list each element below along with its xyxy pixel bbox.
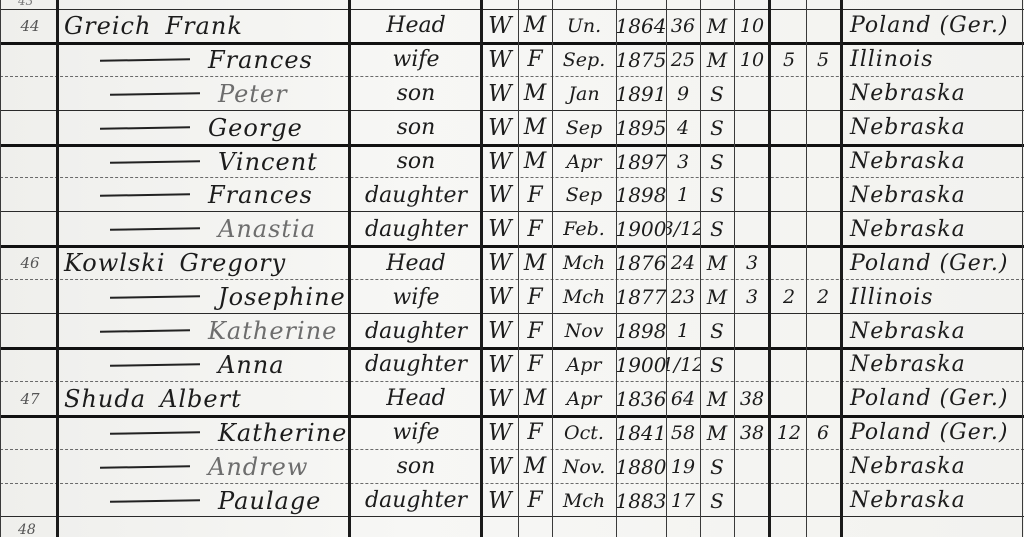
person-name: Andrew bbox=[60, 451, 385, 483]
years-married: 38 bbox=[734, 383, 770, 415]
sex: F bbox=[518, 315, 552, 347]
dwelling-number bbox=[2, 112, 58, 144]
birth-month: Nov bbox=[552, 315, 616, 347]
dwelling-number: 47 bbox=[2, 383, 58, 415]
ditto-dash bbox=[110, 499, 200, 503]
given-name: Frances bbox=[208, 181, 313, 209]
color-race: W bbox=[482, 383, 518, 415]
years-married bbox=[734, 78, 770, 110]
surname: Kowlski bbox=[64, 249, 166, 277]
marital-status: M bbox=[700, 247, 734, 279]
children-born bbox=[772, 112, 806, 144]
children-born: 5 bbox=[772, 44, 806, 76]
birth-year: 1900 bbox=[616, 349, 666, 381]
years-married bbox=[734, 213, 770, 245]
column-divider bbox=[768, 0, 771, 537]
birthplace: Nebraska bbox=[846, 451, 1024, 483]
given-name: Anna bbox=[218, 351, 285, 379]
birth-year: 1900 bbox=[616, 213, 666, 245]
surname: Shuda bbox=[64, 385, 146, 413]
sex: M bbox=[518, 383, 552, 415]
color-race: W bbox=[482, 10, 518, 42]
years-married bbox=[734, 451, 770, 483]
children-living bbox=[806, 383, 840, 415]
table-row: daughterWFNov18981SNebraskaKatherine bbox=[0, 315, 1024, 350]
marital-status: S bbox=[700, 485, 734, 517]
color-race: W bbox=[482, 451, 518, 483]
birth-year: 1883 bbox=[616, 485, 666, 517]
birth-year: 1895 bbox=[616, 112, 666, 144]
years-married: 3 bbox=[734, 281, 770, 313]
birth-month: Oct. bbox=[552, 417, 616, 449]
person-name: GreichFrank bbox=[60, 10, 349, 42]
column-divider bbox=[480, 0, 483, 537]
dwelling-number bbox=[2, 485, 58, 517]
marital-status: S bbox=[700, 213, 734, 245]
birthplace: Poland (Ger.) bbox=[846, 383, 1024, 415]
children-born bbox=[772, 247, 806, 279]
birth-month: Sep bbox=[552, 180, 616, 212]
birthplace: Illinois bbox=[846, 281, 1024, 313]
table-row: sonWMSep18954SNebraskaGeorge bbox=[0, 112, 1024, 147]
person-name: Katherine bbox=[60, 417, 395, 449]
years-married: 10 bbox=[734, 44, 770, 76]
person-name: Anna bbox=[60, 349, 395, 381]
birthplace: Poland (Ger.) bbox=[846, 247, 1024, 279]
children-living: 6 bbox=[806, 417, 840, 449]
dwelling-number bbox=[2, 417, 58, 449]
marital-status: S bbox=[700, 315, 734, 347]
marital-status: M bbox=[700, 417, 734, 449]
birth-year: 1841 bbox=[616, 417, 666, 449]
ditto-dash bbox=[100, 465, 190, 469]
given-name: Vincent bbox=[218, 148, 318, 176]
birthplace: Nebraska bbox=[846, 485, 1024, 517]
children-living bbox=[806, 146, 840, 178]
dwelling-number: 48 bbox=[18, 522, 36, 537]
birth-year: 1880 bbox=[616, 451, 666, 483]
column-divider bbox=[56, 0, 59, 537]
marital-status: S bbox=[700, 451, 734, 483]
dwelling-number: 43 bbox=[18, 0, 33, 8]
table-row: daughterWFFeb.19003/12SNebraskaAnastia bbox=[0, 213, 1024, 248]
table-row: 44HeadWMUn.186436M10Poland (Ger.)GreichF… bbox=[0, 10, 1024, 45]
birthplace: Nebraska bbox=[846, 78, 1024, 110]
dwelling-number bbox=[2, 451, 58, 483]
ditto-dash bbox=[110, 295, 200, 299]
birthplace: Nebraska bbox=[846, 180, 1024, 212]
ditto-dash bbox=[100, 126, 190, 130]
birthplace: Poland (Ger.) bbox=[846, 417, 1024, 449]
children-living bbox=[806, 349, 840, 381]
children-born bbox=[772, 78, 806, 110]
given-name: Gregory bbox=[180, 249, 287, 277]
children-living: 5 bbox=[806, 44, 840, 76]
color-race: W bbox=[482, 247, 518, 279]
birth-year: 1864 bbox=[616, 10, 666, 42]
birth-month: Mch bbox=[552, 247, 616, 279]
given-name: Katherine bbox=[208, 317, 337, 345]
birth-month: Un. bbox=[552, 10, 616, 42]
color-race: W bbox=[482, 146, 518, 178]
color-race: W bbox=[482, 44, 518, 76]
person-name: Josephine bbox=[60, 281, 395, 313]
children-living: 2 bbox=[806, 281, 840, 313]
dwelling-number bbox=[2, 281, 58, 313]
children-living bbox=[806, 112, 840, 144]
birth-month: Jan bbox=[552, 78, 616, 110]
person-name: Katherine bbox=[60, 315, 385, 347]
table-row: 46HeadWMMch187624M3Poland (Ger.)KowlskiG… bbox=[0, 247, 1024, 280]
relation-to-head: Head bbox=[352, 383, 480, 415]
column-divider bbox=[552, 0, 553, 537]
relation-to-head: Head bbox=[352, 10, 480, 42]
birth-year: 1898 bbox=[616, 315, 666, 347]
birth-month: Mch bbox=[552, 281, 616, 313]
column-divider bbox=[806, 0, 807, 537]
dwelling-number bbox=[2, 213, 58, 245]
children-born bbox=[772, 180, 806, 212]
age: 3 bbox=[666, 146, 700, 178]
dwelling-number: 44 bbox=[2, 10, 58, 42]
children-born bbox=[772, 349, 806, 381]
age: 19 bbox=[666, 451, 700, 483]
marital-status: S bbox=[700, 78, 734, 110]
marital-status: M bbox=[700, 281, 734, 313]
column-divider bbox=[616, 0, 617, 537]
dwelling-number: 46 bbox=[2, 247, 58, 279]
age: 36 bbox=[666, 10, 700, 42]
birthplace: Nebraska bbox=[846, 112, 1024, 144]
birthplace: Illinois bbox=[846, 44, 1024, 76]
sex: F bbox=[518, 213, 552, 245]
marital-status: M bbox=[700, 383, 734, 415]
color-race: W bbox=[482, 213, 518, 245]
color-race: W bbox=[482, 112, 518, 144]
given-name: Frank bbox=[165, 12, 242, 40]
birthplace: Poland (Ger.) bbox=[846, 10, 1024, 42]
table-row: daughterWFApr19001/12SNebraskaAnna bbox=[0, 349, 1024, 382]
sex: F bbox=[518, 349, 552, 381]
sex: F bbox=[518, 417, 552, 449]
ditto-dash bbox=[100, 329, 190, 333]
sex: F bbox=[518, 281, 552, 313]
birthplace: Nebraska bbox=[846, 146, 1024, 178]
birth-month: Apr bbox=[552, 383, 616, 415]
given-name: Peter bbox=[218, 80, 288, 108]
column-divider bbox=[666, 0, 667, 537]
dwelling-number bbox=[2, 180, 58, 212]
color-race: W bbox=[482, 78, 518, 110]
sex: M bbox=[518, 112, 552, 144]
ditto-dash bbox=[100, 58, 190, 62]
table-row: sonWMApr18973SNebraskaVincent bbox=[0, 146, 1024, 179]
children-living bbox=[806, 78, 840, 110]
sex: M bbox=[518, 146, 552, 178]
given-name: Albert bbox=[160, 385, 242, 413]
table-row: wifeWFMch187723M322IllinoisJosephine bbox=[0, 281, 1024, 314]
given-name: Paulage bbox=[218, 487, 321, 515]
age: 25 bbox=[666, 44, 700, 76]
relation-to-head: Head bbox=[352, 247, 480, 279]
dwelling-number bbox=[2, 349, 58, 381]
birthplace: Nebraska bbox=[846, 213, 1024, 245]
birthplace: Nebraska bbox=[846, 349, 1024, 381]
color-race: W bbox=[482, 485, 518, 517]
sex: F bbox=[518, 180, 552, 212]
given-name: Katherine bbox=[218, 419, 347, 447]
children-living bbox=[806, 247, 840, 279]
children-born bbox=[772, 485, 806, 517]
ditto-dash bbox=[110, 431, 200, 435]
given-name: George bbox=[208, 114, 303, 142]
table-row: 47HeadWMApr183664M38Poland (Ger.)ShudaAl… bbox=[0, 383, 1024, 418]
children-living bbox=[806, 485, 840, 517]
given-name: Josephine bbox=[218, 283, 346, 311]
table-row: daughterWFMch188317SNebraskaPaulage bbox=[0, 485, 1024, 518]
age: 24 bbox=[666, 247, 700, 279]
color-race: W bbox=[482, 315, 518, 347]
person-name: KowlskiGregory bbox=[60, 247, 349, 279]
dwelling-number bbox=[2, 44, 58, 76]
age: 9 bbox=[666, 78, 700, 110]
years-married: 3 bbox=[734, 247, 770, 279]
person-name: Anastia bbox=[60, 213, 395, 245]
table-row: daughterWFSep18981SNebraskaFrances bbox=[0, 180, 1024, 213]
children-born: 2 bbox=[772, 281, 806, 313]
children-living bbox=[806, 315, 840, 347]
birth-month: Sep bbox=[552, 112, 616, 144]
children-born: 12 bbox=[772, 417, 806, 449]
birth-year: 1876 bbox=[616, 247, 666, 279]
children-born bbox=[772, 315, 806, 347]
years-married bbox=[734, 146, 770, 178]
children-living bbox=[806, 213, 840, 245]
children-born bbox=[772, 146, 806, 178]
years-married bbox=[734, 315, 770, 347]
age: 4 bbox=[666, 112, 700, 144]
sex: M bbox=[518, 451, 552, 483]
marital-status: S bbox=[700, 146, 734, 178]
years-married bbox=[734, 112, 770, 144]
age: 1 bbox=[666, 180, 700, 212]
ditto-dash bbox=[100, 194, 190, 198]
next-row-fragment: 48 bbox=[0, 528, 1024, 537]
person-name: Frances bbox=[60, 44, 385, 76]
age: 23 bbox=[666, 281, 700, 313]
color-race: W bbox=[482, 180, 518, 212]
birth-month: Apr bbox=[552, 146, 616, 178]
person-name: George bbox=[60, 112, 385, 144]
table-row: sonWMNov.188019SNebraskaAndrew bbox=[0, 451, 1024, 484]
children-living bbox=[806, 10, 840, 42]
given-name: Frances bbox=[208, 46, 313, 74]
birth-year: 1836 bbox=[616, 383, 666, 415]
ditto-dash bbox=[110, 92, 200, 96]
sex: M bbox=[518, 247, 552, 279]
table-row: sonWMJan18919SNebraskaPeter bbox=[0, 78, 1024, 111]
table-row: wifeWFOct.184158M38126Poland (Ger.)Kathe… bbox=[0, 417, 1024, 450]
column-divider bbox=[348, 0, 351, 537]
birth-month: Feb. bbox=[552, 213, 616, 245]
birth-year: 1875 bbox=[616, 44, 666, 76]
birth-month: Nov. bbox=[552, 451, 616, 483]
given-name: Andrew bbox=[208, 453, 308, 481]
previous-row-fragment: 43 bbox=[0, 0, 1024, 10]
birth-year: 1891 bbox=[616, 78, 666, 110]
birth-year: 1877 bbox=[616, 281, 666, 313]
birth-year: 1898 bbox=[616, 180, 666, 212]
children-born bbox=[772, 10, 806, 42]
age: 1 bbox=[666, 315, 700, 347]
marital-status: S bbox=[700, 112, 734, 144]
column-divider bbox=[840, 0, 843, 537]
given-name: Anastia bbox=[218, 215, 316, 243]
birth-year: 1897 bbox=[616, 146, 666, 178]
person-name: Paulage bbox=[60, 485, 395, 517]
marital-status: S bbox=[700, 349, 734, 381]
marital-status: M bbox=[700, 10, 734, 42]
column-divider bbox=[0, 0, 1, 537]
sex: M bbox=[518, 10, 552, 42]
column-divider bbox=[518, 0, 519, 537]
ditto-dash bbox=[110, 160, 200, 164]
person-name: Frances bbox=[60, 180, 385, 212]
table-row: wifeWFSep.187525M1055IllinoisFrances bbox=[0, 44, 1024, 77]
years-married bbox=[734, 180, 770, 212]
age: 17 bbox=[666, 485, 700, 517]
sex: F bbox=[518, 44, 552, 76]
marital-status: M bbox=[700, 44, 734, 76]
age: 58 bbox=[666, 417, 700, 449]
census-sheet: 43 44HeadWMUn.186436M10Poland (Ger.)Grei… bbox=[0, 0, 1024, 537]
birth-month: Sep. bbox=[552, 44, 616, 76]
color-race: W bbox=[482, 417, 518, 449]
children-born bbox=[772, 383, 806, 415]
dwelling-number bbox=[2, 315, 58, 347]
years-married bbox=[734, 485, 770, 517]
age: 3/12 bbox=[666, 213, 700, 245]
birth-month: Apr bbox=[552, 349, 616, 381]
color-race: W bbox=[482, 281, 518, 313]
age: 1/12 bbox=[666, 349, 700, 381]
column-divider bbox=[734, 0, 735, 537]
birth-month: Mch bbox=[552, 485, 616, 517]
years-married: 38 bbox=[734, 417, 770, 449]
dwelling-number bbox=[2, 146, 58, 178]
children-living bbox=[806, 451, 840, 483]
column-divider bbox=[700, 0, 701, 537]
color-race: W bbox=[482, 349, 518, 381]
ditto-dash bbox=[110, 228, 200, 232]
birthplace: Nebraska bbox=[846, 315, 1024, 347]
years-married: 10 bbox=[734, 10, 770, 42]
surname: Greich bbox=[64, 12, 151, 40]
dwelling-number bbox=[2, 78, 58, 110]
years-married bbox=[734, 349, 770, 381]
children-living bbox=[806, 180, 840, 212]
children-born bbox=[772, 213, 806, 245]
person-name: Peter bbox=[60, 78, 395, 110]
children-born bbox=[772, 451, 806, 483]
sex: M bbox=[518, 78, 552, 110]
ditto-dash bbox=[110, 363, 200, 367]
age: 64 bbox=[666, 383, 700, 415]
person-name: Vincent bbox=[60, 146, 395, 178]
sex: F bbox=[518, 485, 552, 517]
marital-status: S bbox=[700, 180, 734, 212]
column-divider bbox=[1022, 0, 1023, 537]
person-name: ShudaAlbert bbox=[60, 383, 349, 415]
